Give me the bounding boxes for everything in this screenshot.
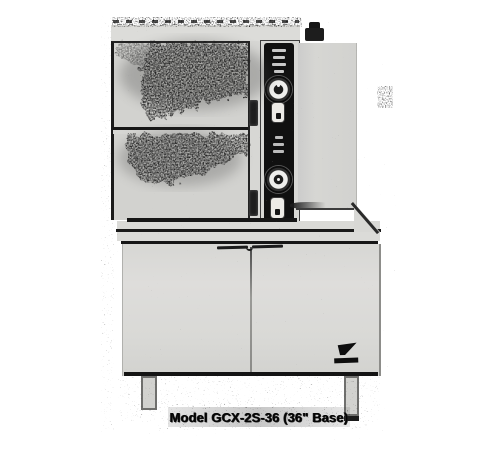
upper-power-switch <box>272 103 284 122</box>
lower-hinge <box>249 190 258 216</box>
panel-vent-slit <box>272 49 286 52</box>
cabinet-door-seam <box>250 247 252 373</box>
switch-indicator <box>276 113 281 119</box>
photo-top-dither <box>113 20 299 23</box>
panel-marking <box>275 136 283 139</box>
steamer-side-panel <box>298 43 357 210</box>
counter-face-strip <box>117 232 380 241</box>
panel-vent-slit <box>273 56 285 59</box>
right-door-handle <box>252 244 283 248</box>
panel-vent-slit <box>274 70 284 73</box>
counter-top-strip <box>117 221 380 229</box>
knob-pointer-dot <box>277 84 280 87</box>
steam-vent-base <box>305 28 324 41</box>
knob-pointer-dot <box>277 178 280 181</box>
handle-center-hook <box>246 243 253 251</box>
photo-caption: Model GCX-2S-36 (36" Base) <box>168 407 350 427</box>
lower-timer-knob <box>265 166 292 193</box>
steamer-base-edge <box>127 218 297 222</box>
switch-indicator <box>275 209 280 215</box>
upper-hinge <box>249 100 258 126</box>
panel-marking <box>273 143 284 146</box>
compartment-divider-gap <box>113 130 248 134</box>
product-photo: Model GCX-2S-36 (36" Base) <box>0 0 500 449</box>
left-cabinet-leg <box>141 376 157 410</box>
side-panel-bottom-edge <box>296 208 356 210</box>
panel-marking <box>273 150 284 153</box>
lower-power-switch <box>271 198 284 218</box>
upper-timer-knob <box>265 76 292 103</box>
panel-vent-slit <box>272 63 286 66</box>
brand-logo-icon <box>330 339 361 368</box>
cabinet-bottom-edge <box>124 372 378 376</box>
